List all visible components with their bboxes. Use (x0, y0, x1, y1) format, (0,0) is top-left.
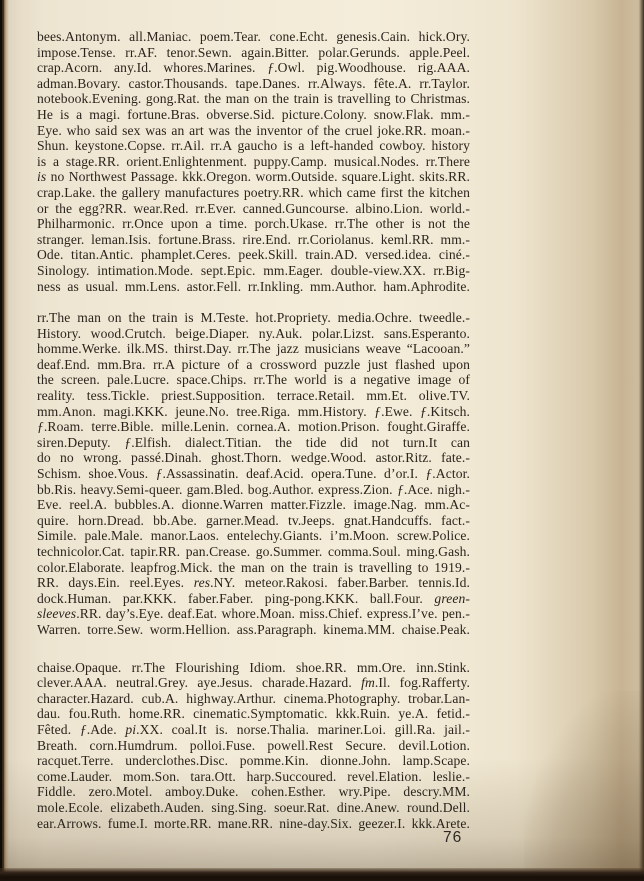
text-line: Simile. pale.Male. manor.Laos. entelechy… (37, 528, 470, 544)
text-line: Shun. keystone.Copse. rr.Ail. rr.A gauch… (37, 138, 470, 154)
text-line: character.Hazard. cub.A. highway.Arthur.… (37, 691, 470, 707)
text-line: Warren. torre.Sew. worm.Hellion. ass.Par… (37, 622, 470, 638)
text-line: Eye. who said sex was an art was the inv… (37, 123, 470, 139)
text-line: Fêted. ƒ.Ade. pi.XX. coal.It is. norse.T… (37, 722, 470, 738)
paragraph: chaise.Opaque. rr.The Flourishing Idiom.… (37, 660, 470, 832)
text-line: Fiddle. zero.Motel. amboy.Duke. cohen.Es… (37, 784, 470, 800)
text-line: sleeves.RR. day’s.Eye. deaf.Eat. whore.M… (37, 606, 470, 622)
text-line: color.Elaborate. leapfrog.Mick. the man … (37, 560, 470, 576)
text-line: technicolor.Cat. tapir.RR. pan.Crease. g… (37, 544, 470, 560)
text-line: chaise.Opaque. rr.The Flourishing Idiom.… (37, 660, 470, 676)
paragraph: bees.Antonym. all.Maniac. poem.Tear. con… (37, 29, 470, 294)
text-line: is a stage.RR. orient.Enlightenment. pup… (37, 154, 470, 170)
text-line: Eve. reel.A. bubbles.A. dionne.Warren ma… (37, 497, 470, 513)
text-line: clever.AAA. neutral.Grey. aye.Jesus. cha… (37, 675, 470, 691)
text-line: bees.Antonym. all.Maniac. poem.Tear. con… (37, 29, 470, 45)
text-line: dock.Human. par.KKK. faber.Faber. ping-p… (37, 591, 470, 607)
text-line: mole.Ecole. elizabeth.Auden. sing.Sing. … (37, 800, 470, 816)
bottom-right-fold-shadow (524, 691, 644, 881)
text-line: RR. days.Ein. reel.Eyes. res.NY. meteor.… (37, 575, 470, 591)
text-line: reality. tess.Tickle. priest.Supposition… (37, 388, 470, 404)
text-line: Philharmonic. rr.Once upon a time. porch… (37, 216, 470, 232)
text-line: ness as usual. mm.Lens. astor.Fell. rr.I… (37, 279, 470, 295)
page-bottom-edge (0, 868, 644, 881)
text-line: do no wrong. passé.Dinah. ghost.Thorn. w… (37, 450, 470, 466)
text-line: Breath. corn.Humdrum. polloi.Fuse. powel… (37, 738, 470, 754)
book-spine-shadow (0, 0, 9, 881)
text-line: He is a magi. fortune.Bras. obverse.Sid.… (37, 107, 470, 123)
text-line: siren.Deputy. ƒ.Elfish. dialect.Titian. … (37, 435, 470, 451)
text-line: stranger. leman.Isis. fortune.Brass. rir… (37, 232, 470, 248)
text-line: Schism. shoe.Vous. ƒ.Assassinatin. deaf.… (37, 466, 470, 482)
text-block: bees.Antonym. all.Maniac. poem.Tear. con… (37, 29, 470, 831)
text-line: quire. horn.Dread. bb.Abe. garner.Mead. … (37, 513, 470, 529)
text-line: or the egg?RR. wear.Red. rr.Ever. canned… (37, 201, 470, 217)
text-line: the screen. pale.Lucre. space.Chips. rr.… (37, 372, 470, 388)
text-line: bb.Ris. heavy.Semi-queer. gam.Bled. bog.… (37, 482, 470, 498)
text-line: deaf.End. mm.Bra. rr.A picture of a cros… (37, 357, 470, 373)
text-line: rr.The man on the train is M.Teste. hot.… (37, 310, 470, 326)
text-line: impose.Tense. rr.AF. tenor.Sewn. again.B… (37, 45, 470, 61)
text-line: ƒ.Roam. terre.Bible. mille.Lenin. cornea… (37, 419, 470, 435)
text-line: is no Northwest Passage. kkk.Oregon. wor… (37, 169, 470, 185)
paragraph: rr.The man on the train is M.Teste. hot.… (37, 310, 470, 637)
text-line: notebook.Evening. gong.Rat. the man on t… (37, 91, 470, 107)
text-line: come.Lauder. mom.Son. tara.Ott. harp.Suc… (37, 769, 470, 785)
text-line: Ode. titan.Antic. phamplet.Ceres. peek.S… (37, 247, 470, 263)
text-line: racquet.Terre. underclothes.Disc. pomme.… (37, 753, 470, 769)
text-line: mm.Anon. magi.KKK. jeune.No. tree.Riga. … (37, 404, 470, 420)
page-number: 76 (443, 829, 462, 847)
text-line: crap.Acorn. any.Id. whores.Marines. ƒ.Ow… (37, 60, 470, 76)
text-line: homme.Werke. ilk.MS. thirst.Day. rr.The … (37, 341, 470, 357)
text-line: crap.Lake. the gallery manufactures poet… (37, 185, 470, 201)
text-line: adman.Bovary. castor.Thousands. tape.Dan… (37, 76, 470, 92)
text-line: Sinology. intimation.Mode. sept.Epic. mm… (37, 263, 470, 279)
text-line: ear.Arrows. fume.I. morte.RR. mane.RR. n… (37, 816, 470, 832)
text-line: dau. fou.Ruth. home.RR. cinematic.Sympto… (37, 706, 470, 722)
text-line: History. wood.Crutch. beige.Diaper. ny.A… (37, 326, 470, 342)
